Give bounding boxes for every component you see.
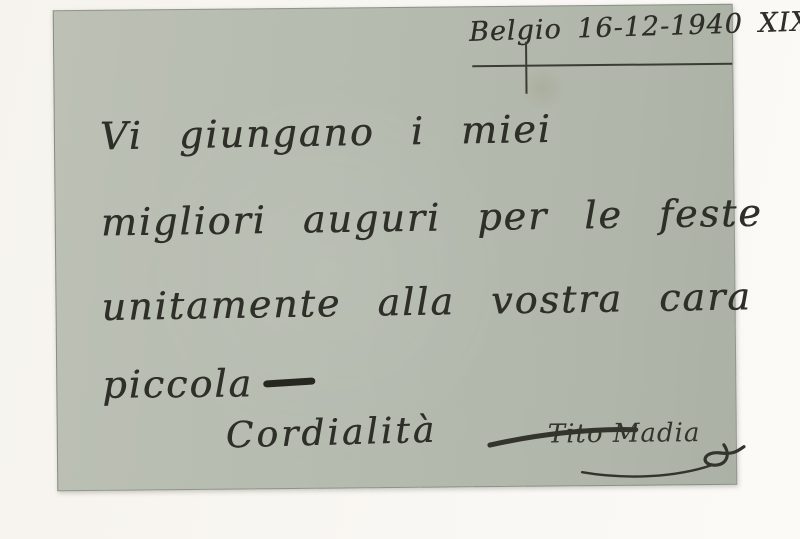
signature-flourish-tail: [582, 465, 712, 477]
signature: Tito Madia: [486, 406, 767, 489]
handwritten-line-4-text: piccola: [102, 361, 253, 406]
handwritten-line-4: piccola: [102, 361, 315, 407]
ink-dash: [263, 377, 315, 387]
dateline: Belgio 16-12-1940 XIX: [469, 6, 800, 47]
dateline-underline: [472, 63, 732, 67]
ink-stroke: [525, 42, 527, 94]
closing-salutation: Cordialità: [225, 410, 437, 457]
signature-flourish-loop: [705, 445, 744, 466]
scanned-postcard-photo: Belgio 16-12-1940 XIX Vi giungano i miei…: [0, 0, 800, 539]
postcard: Belgio 16-12-1940 XIX Vi giungano i miei…: [53, 4, 738, 492]
handwritten-line-2: migliori auguri per le feste: [100, 191, 763, 245]
handwritten-line-3: unitamente alla vostra cara: [101, 274, 752, 329]
handwritten-line-1: Vi giungano i miei: [100, 107, 553, 158]
signature-name: Tito Madia: [548, 418, 701, 449]
